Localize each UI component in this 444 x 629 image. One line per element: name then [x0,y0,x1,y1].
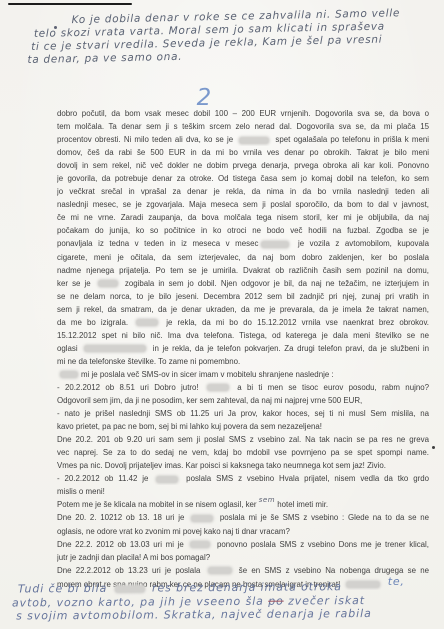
text-line: jutr je zadnji dan placila! A mi bos pom… [57,551,429,564]
text-line: se ne delam norca, to je bilo jeseni. De… [57,290,429,303]
typed-text-block: dobro počutil, da bom vsak mesec dobil 1… [57,107,429,590]
text-line: Dne 22.2. 2012 ob 13.03 uri mi je ponovn… [57,538,429,551]
margin-dot [432,446,435,449]
redaction-mark [156,476,178,483]
text-line: - 20.2.2012 ob 11.42 je poslala SMS z vs… [57,472,429,485]
text-line: počakam do junija, ko so počitnice in ko… [57,224,429,237]
text-line: ker se je zogibala in sem jo dobil. Njen… [57,277,429,290]
redaction-mark [239,137,269,144]
text-line: domov, češ da rabi še 500 EUR in da mi b… [57,146,429,159]
text-line: Vmes pa nic. Dovolj prijateljev imas. Ka… [57,459,429,472]
redaction-mark [207,384,229,391]
handwritten-insert: sem [259,498,275,507]
text-line: tem molčala. Ta denar sem ji s teškim sr… [57,120,429,133]
text-line: jo večkrat srečal in vprašal za denar je… [57,185,429,198]
text-line: procentov obresti. Ni milo teden ali dva… [57,133,429,146]
text-line: Odgovoril sem jim, da ji ne posodim, ker… [57,394,429,407]
redaction-mark [84,345,146,352]
text-line: če mi ne vrne. Zaradi zaupanja, da bova … [57,211,429,224]
text-line: mi ne da telefonske številke. To zame ni… [57,355,429,368]
text-line: dovolj in sem rekel, nič več dokler ne d… [57,159,429,172]
struck-word: po [268,594,284,607]
top-handwritten-note: Ko je dobila denar v roke se ce zahvalil… [0,6,440,67]
scanner-artifact-line [8,3,132,5]
redaction-mark [60,371,78,378]
redaction-mark [115,585,145,592]
text-line: Potem me je še klicala na mobitel in se … [57,498,429,511]
text-line: Dne 20.2. 201 ob 9.20 uri sam sem ji pos… [57,433,429,446]
text-line: mi je poslala več SMS-ov in sicer imam v… [57,368,429,381]
text-line: dobro počutil, da bom vsak mesec dobil 1… [57,107,429,120]
bottom-handwritten-note: Tudi če bi bila res brez denarja imata o… [12,579,442,623]
text-line: naslednji mesec, se je zgovarjala. Maja … [57,198,429,211]
redaction-mark [261,241,289,248]
redaction-mark [136,319,158,326]
text-line: vec naprej. Se za to do sedaj ne vem, kd… [57,446,429,459]
text-line: cigarete, meni je očitala, da sem izterj… [57,251,429,264]
text-line: da me bo izigrala. je rekla, da mi bo do… [57,316,429,329]
text-line: je govorila, da potrebuje denar za otrok… [57,172,429,185]
text-line: Dne 20. 2. 10212 ob 13. 18 uri je poslal… [57,511,429,524]
text-line: - 20.2.2012 ob 8.51 uri Dobro jutro! a b… [57,381,429,394]
redaction-mark [190,541,210,548]
text-line: sem ji rekel, da smatram, da je denar uk… [57,303,429,316]
redaction-mark [191,515,213,522]
text-line: - nato je prišel naslednji SMS ob 11.25 … [57,407,429,420]
text-line: 15.12.2012 spet ni bilo nič. Ima dva tel… [57,329,429,342]
text-line: ponavljala iz tedna v teden in iz meseca… [57,237,429,250]
text-line: kavo prietet, pa pac ne bom, sej bi mi l… [57,420,429,433]
text-line: mislis o meni! [57,485,429,498]
redaction-mark [208,567,232,574]
text-line: Dne 22.2.2012 ob 13.23 uri je poslala še… [57,564,429,577]
redaction-mark [98,280,118,287]
text-line: oglasi in je rekla, da je telefon pokvar… [57,342,429,355]
text-line: nadme njenega prijatelja. Po tem se je u… [57,264,429,277]
text-line: oglasis, ne odore vrat ko zvonim mi pove… [57,525,429,538]
